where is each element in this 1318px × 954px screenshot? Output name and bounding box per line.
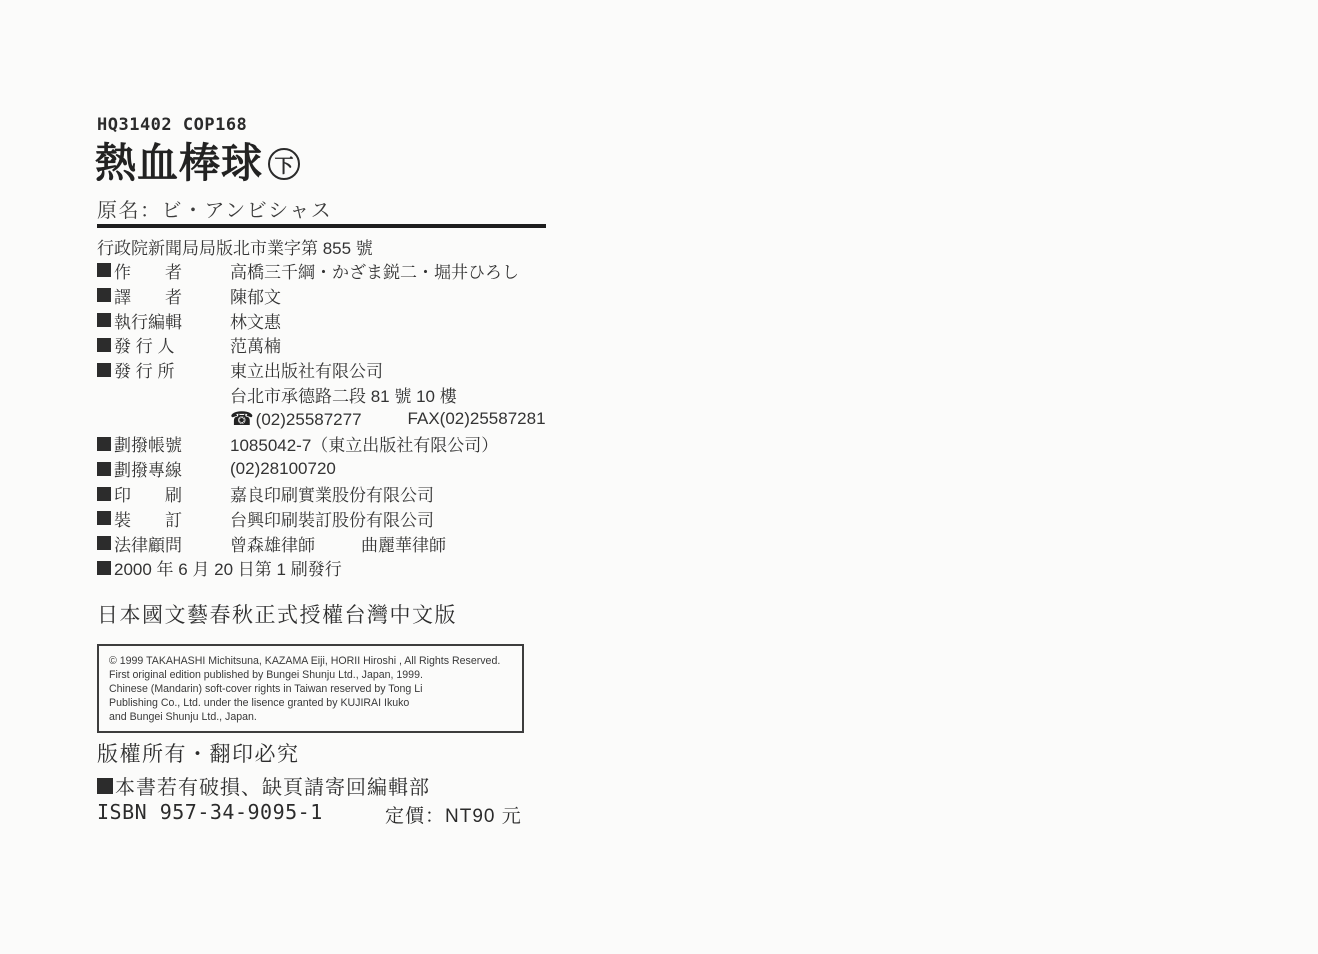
bullet-square-icon — [97, 778, 113, 794]
publication-info-list: 作 者高橋三千綱・かざま鋭二・堀井ひろし譯 者陳郁文執行編輯林文惠發 行 人范萬… — [97, 258, 617, 580]
bullet-square-icon — [97, 536, 111, 550]
info-label: 裝 訂 — [114, 506, 230, 531]
info-value-secondary: FAX(02)25587281 — [408, 409, 546, 429]
publication-info-row: 發 行 所東立出版社有限公司 — [97, 357, 617, 382]
original-title: 原名：ビ・アンビシャス — [97, 194, 332, 223]
colophon-page: HQ31402 COP168 熱血棒球 下 原名：ビ・アンビシャス 行政院新聞局… — [0, 0, 1318, 954]
info-value: 林文惠 — [230, 308, 281, 333]
copyright-line: and Bungei Shunju Ltd., Japan. — [109, 710, 512, 724]
info-value: 嘉良印刷實業股份有限公司 — [230, 481, 434, 506]
rights-notice: 版權所有・翻印必究 — [97, 738, 300, 768]
copyright-box: © 1999 TAKAHASHI Michitsuna, KAZAMA Eiji… — [97, 644, 524, 733]
info-label: 劃撥帳號 — [114, 431, 230, 456]
info-label: 法律顧問 — [114, 531, 230, 556]
info-value-secondary: 曲麗華律師 — [361, 531, 446, 556]
info-label: 作 者 — [114, 258, 230, 283]
info-value-text: 林文惠 — [230, 313, 281, 332]
info-value-text: 東立出版社有限公司 — [230, 362, 383, 381]
volume-label: 下 — [274, 151, 293, 178]
publication-info-row: 台北市承德路二段 81 號 10 樓 — [97, 382, 617, 407]
info-label: 劃撥專線 — [114, 456, 230, 481]
info-value: 范萬楠 — [230, 332, 281, 357]
publication-info-row: 2000 年 6 月 20 日第 1 刷發行 — [97, 556, 617, 581]
bullet-square-icon — [97, 363, 111, 377]
info-value: (02)28100720 — [230, 459, 336, 479]
bullet-spacer — [97, 412, 111, 426]
info-label: 印 刷 — [114, 481, 230, 506]
volume-circle-badge: 下 — [268, 148, 300, 180]
authorization-line: 日本國文藝春秋正式授權台灣中文版 — [97, 599, 457, 629]
info-value: 高橋三千綱・かざま鋭二・堀井ひろし — [230, 258, 519, 283]
info-value-text: 曾森雄律師 — [230, 536, 315, 555]
info-value-text: (02)25587277 — [256, 410, 362, 429]
bullet-square-icon — [97, 462, 111, 476]
publication-info-row: 執行編輯林文惠 — [97, 308, 617, 333]
info-value-text: 陳郁文 — [230, 288, 281, 307]
info-value-text: (02)28100720 — [230, 459, 336, 478]
copyright-line: Chinese (Mandarin) soft-cover rights in … — [109, 682, 512, 696]
info-value-text: 高橋三千綱・かざま鋭二・堀井ひろし — [230, 263, 519, 282]
bullet-square-icon — [97, 313, 111, 327]
info-value: 曾森雄律師 — [230, 531, 315, 556]
info-value: 台北市承德路二段 81 號 10 樓 — [230, 382, 457, 407]
book-title: 熱血棒球 下 — [95, 140, 300, 186]
bullet-spacer — [97, 387, 111, 401]
info-value-text: 2000 年 6 月 20 日第 1 刷發行 — [114, 560, 342, 579]
publication-info-row: 譯 者陳郁文 — [97, 283, 617, 308]
info-label: 發 行 人 — [114, 332, 230, 357]
publication-info-row: 劃撥帳號1085042-7（東立出版社有限公司） — [97, 432, 617, 457]
return-notice-row: 本書若有破損、缺頁請寄回編輯部 — [97, 771, 430, 800]
publication-info-row: 裝 訂台興印刷裝訂股份有限公司 — [97, 506, 617, 531]
bullet-square-icon — [97, 437, 111, 451]
publication-info-row: 劃撥專線(02)28100720 — [97, 456, 617, 481]
bullet-square-icon — [97, 288, 111, 302]
info-value: 1085042-7（東立出版社有限公司） — [230, 431, 498, 456]
return-notice-text: 本書若有破損、缺頁請寄回編輯部 — [115, 771, 430, 800]
publication-info-row: 法律顧問曾森雄律師曲麗華律師 — [97, 531, 617, 556]
bullet-square-icon — [97, 487, 111, 501]
publication-info-row: 發 行 人范萬楠 — [97, 332, 617, 357]
copyright-line: © 1999 TAKAHASHI Michitsuna, KAZAMA Eiji… — [109, 654, 512, 668]
info-label: 譯 者 — [114, 283, 230, 308]
product-code: HQ31402 COP168 — [97, 115, 247, 135]
bullet-square-icon — [97, 263, 111, 277]
isbn-price-row: ISBN 957-34-9095-1 定價：NT90 元 — [97, 800, 577, 826]
info-value-text: 嘉良印刷實業股份有限公司 — [230, 486, 434, 505]
divider-rule — [97, 224, 546, 228]
price-label: 定價：NT90 元 — [385, 801, 522, 828]
phone-icon: ☎ — [230, 409, 254, 430]
info-label: 執行編輯 — [114, 308, 230, 333]
bullet-square-icon — [97, 338, 111, 352]
bullet-square-icon — [97, 561, 111, 575]
license-number: 行政院新聞局局版北市業字第 855 號 — [97, 234, 373, 259]
info-value-text: 范萬楠 — [230, 337, 281, 356]
info-value: ☎(02)25587277 — [230, 408, 362, 431]
copyright-line: First original edition published by Bung… — [109, 668, 512, 682]
info-value-text: 台北市承德路二段 81 號 10 樓 — [230, 387, 457, 406]
info-value: 台興印刷裝訂股份有限公司 — [230, 506, 434, 531]
publication-info-row: 作 者高橋三千綱・かざま鋭二・堀井ひろし — [97, 258, 617, 283]
publication-info-row: 印 刷嘉良印刷實業股份有限公司 — [97, 481, 617, 506]
copyright-line: Publishing Co., Ltd. under the lisence g… — [109, 696, 512, 710]
bullet-square-icon — [97, 511, 111, 525]
info-value-text: 1085042-7（東立出版社有限公司） — [230, 436, 498, 455]
info-label: 發 行 所 — [114, 357, 230, 382]
info-value: 2000 年 6 月 20 日第 1 刷發行 — [114, 555, 342, 580]
isbn-number: ISBN 957-34-9095-1 — [97, 800, 323, 824]
publication-info-row: ☎(02)25587277FAX(02)25587281 — [97, 407, 617, 432]
info-value-text: 台興印刷裝訂股份有限公司 — [230, 511, 434, 530]
info-value: 東立出版社有限公司 — [230, 357, 383, 382]
book-title-text: 熱血棒球 — [95, 143, 263, 184]
info-value: 陳郁文 — [230, 283, 281, 308]
